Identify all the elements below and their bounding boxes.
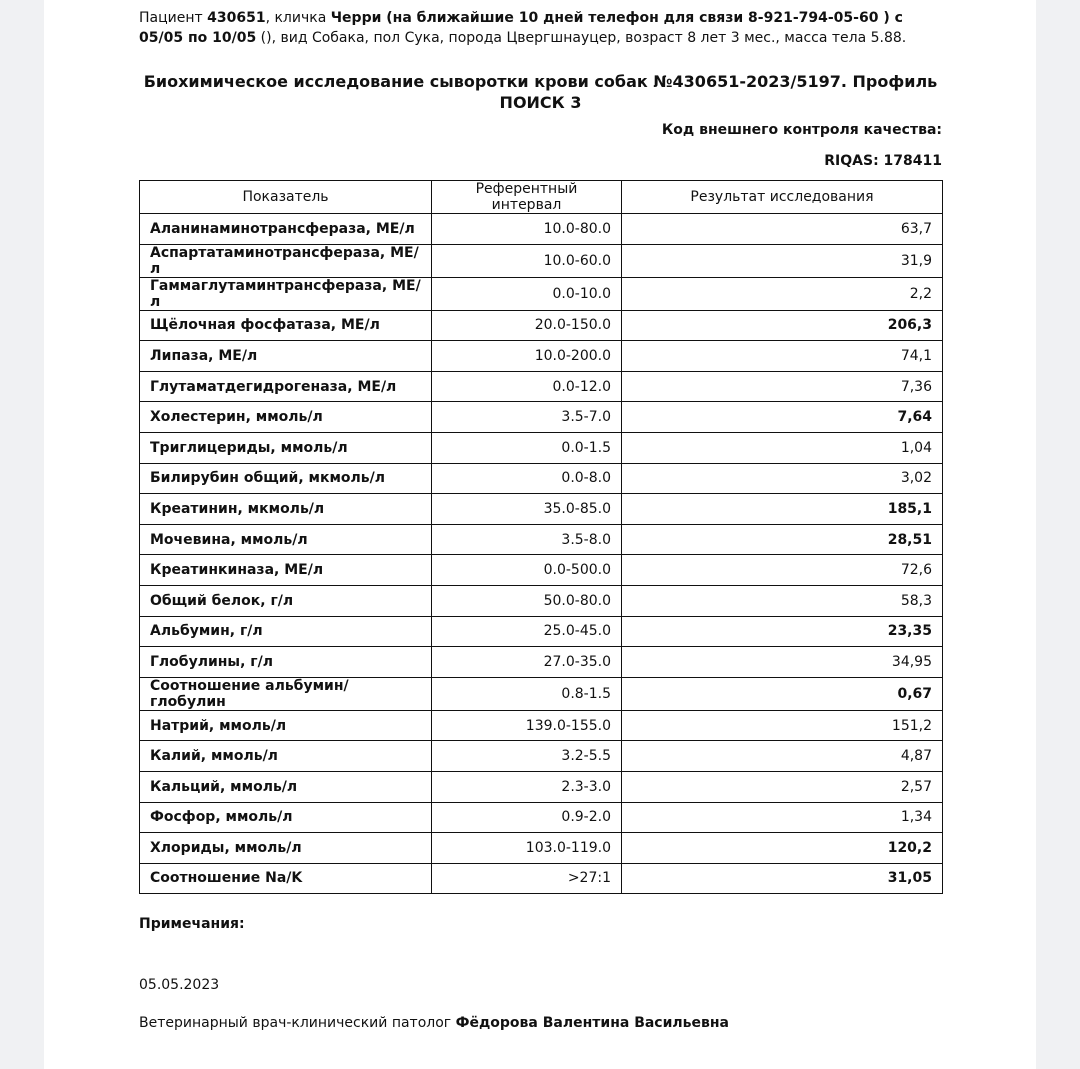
result-value: 185,1 [622,494,943,525]
result-value: 28,51 [622,524,943,555]
reference-interval: 103.0-119.0 [432,833,622,864]
table-row: Креатинкиназа, МЕ/л0.0-500.072,6 [140,555,943,586]
results-table: Показатель Референтный интервал Результа… [139,180,943,894]
report-content: Пациент 430651, кличка Черри (на ближайш… [139,8,942,1033]
reference-interval: 2.3-3.0 [432,771,622,802]
reference-interval: 25.0-45.0 [432,616,622,647]
signer-role: Ветеринарный врач-клинический патолог [139,1015,451,1031]
parameter-name: Мочевина, ммоль/л [140,524,432,555]
result-value: 7,64 [622,402,943,433]
parameter-name: Соотношение альбумин/глобулин [140,677,432,710]
quality-control-label: Код внешнего контроля качества: [139,120,942,140]
table-row: Холестерин, ммоль/л3.5-7.07,64 [140,402,943,433]
parameter-name: Аспартатаминотрансфераза, МЕ/л [140,244,432,277]
result-value: 3,02 [622,463,943,494]
parameter-name: Билирубин общий, мкмоль/л [140,463,432,494]
signer-line: Ветеринарный врач-клинический патолог Фё… [139,1013,942,1033]
table-row: Калий, ммоль/л3.2-5.54,87 [140,741,943,772]
report-date: 05.05.2023 [139,975,942,995]
result-value: 0,67 [622,677,943,710]
reference-interval: 50.0-80.0 [432,585,622,616]
parameter-name: Кальций, ммоль/л [140,771,432,802]
parameter-name: Холестерин, ммоль/л [140,402,432,433]
table-row: Аспартатаминотрансфераза, МЕ/л10.0-60.03… [140,244,943,277]
parameter-name: Щёлочная фосфатаза, МЕ/л [140,310,432,341]
table-row: Креатинин, мкмоль/л35.0-85.0185,1 [140,494,943,525]
reference-interval: >27:1 [432,863,622,894]
table-row: Аланинаминотрансфераза, МЕ/л10.0-80.063,… [140,214,943,245]
table-row: Триглицериды, ммоль/л0.0-1.51,04 [140,432,943,463]
reference-interval: 0.0-10.0 [432,277,622,310]
parameter-name: Креатинин, мкмоль/л [140,494,432,525]
header-result: Результат исследования [622,181,943,214]
reference-interval: 20.0-150.0 [432,310,622,341]
table-row: Фосфор, ммоль/л0.9-2.01,34 [140,802,943,833]
parameter-name: Аланинаминотрансфераза, МЕ/л [140,214,432,245]
reference-interval: 0.0-12.0 [432,371,622,402]
table-header-row: Показатель Референтный интервал Результа… [140,181,943,214]
result-value: 74,1 [622,341,943,372]
parameter-name: Соотношение Na/K [140,863,432,894]
result-value: 1,34 [622,802,943,833]
patient-details: (), вид Собака, пол Сука, порода Цвергшн… [256,30,906,46]
parameter-name: Натрий, ммоль/л [140,710,432,741]
report-title: Биохимическое исследование сыворотки кро… [139,71,942,113]
reference-interval: 0.0-500.0 [432,555,622,586]
table-row: Липаза, МЕ/л10.0-200.074,1 [140,341,943,372]
parameter-name: Калий, ммоль/л [140,741,432,772]
reference-interval: 0.0-8.0 [432,463,622,494]
result-value: 34,95 [622,647,943,678]
header-parameter: Показатель [140,181,432,214]
reference-interval: 139.0-155.0 [432,710,622,741]
patient-label: Пациент [139,10,203,26]
reference-interval: 10.0-200.0 [432,341,622,372]
table-row: Щёлочная фосфатаза, МЕ/л20.0-150.0206,3 [140,310,943,341]
table-row: Альбумин, г/л25.0-45.023,35 [140,616,943,647]
result-value: 2,57 [622,771,943,802]
parameter-name: Глутаматдегидрогеназа, МЕ/л [140,371,432,402]
parameter-name: Гаммаглутаминтрансфераза, МЕ/л [140,277,432,310]
result-value: 31,9 [622,244,943,277]
table-row: Мочевина, ммоль/л3.5-8.028,51 [140,524,943,555]
result-value: 151,2 [622,710,943,741]
reference-interval: 27.0-35.0 [432,647,622,678]
result-value: 63,7 [622,214,943,245]
parameter-name: Общий белок, г/л [140,585,432,616]
table-row: Глутаматдегидрогеназа, МЕ/л0.0-12.07,36 [140,371,943,402]
nickname-label: , кличка [266,10,327,26]
reference-interval: 0.8-1.5 [432,677,622,710]
reference-interval: 0.0-1.5 [432,432,622,463]
results-body: Аланинаминотрансфераза, МЕ/л10.0-80.063,… [140,214,943,894]
result-value: 72,6 [622,555,943,586]
parameter-name: Альбумин, г/л [140,616,432,647]
parameter-name: Триглицериды, ммоль/л [140,432,432,463]
result-value: 120,2 [622,833,943,864]
result-value: 7,36 [622,371,943,402]
result-value: 206,3 [622,310,943,341]
reference-interval: 3.5-7.0 [432,402,622,433]
reference-interval: 3.5-8.0 [432,524,622,555]
header-reference: Референтный интервал [432,181,622,214]
table-row: Хлориды, ммоль/л103.0-119.0120,2 [140,833,943,864]
reference-interval: 35.0-85.0 [432,494,622,525]
patient-id: 430651 [207,10,265,26]
result-value: 58,3 [622,585,943,616]
table-row: Глобулины, г/л27.0-35.034,95 [140,647,943,678]
result-value: 2,2 [622,277,943,310]
parameter-name: Креатинкиназа, МЕ/л [140,555,432,586]
reference-interval: 10.0-80.0 [432,214,622,245]
table-row: Соотношение альбумин/глобулин0.8-1.50,67 [140,677,943,710]
parameter-name: Хлориды, ммоль/л [140,833,432,864]
signer-name: Фёдорова Валентина Васильевна [456,1015,729,1031]
parameter-name: Фосфор, ммоль/л [140,802,432,833]
result-value: 4,87 [622,741,943,772]
table-row: Кальций, ммоль/л2.3-3.02,57 [140,771,943,802]
table-row: Общий белок, г/л50.0-80.058,3 [140,585,943,616]
document-page: Пациент 430651, кличка Черри (на ближайш… [44,0,1036,1069]
reference-interval: 10.0-60.0 [432,244,622,277]
patient-info: Пациент 430651, кличка Черри (на ближайш… [139,8,942,48]
result-value: 31,05 [622,863,943,894]
parameter-name: Глобулины, г/л [140,647,432,678]
table-row: Гаммаглутаминтрансфераза, МЕ/л0.0-10.02,… [140,277,943,310]
result-value: 1,04 [622,432,943,463]
reference-interval: 0.9-2.0 [432,802,622,833]
table-row: Натрий, ммоль/л139.0-155.0151,2 [140,710,943,741]
parameter-name: Липаза, МЕ/л [140,341,432,372]
notes-label: Примечания: [139,914,942,934]
quality-control-code: RIQAS: 178411 [139,151,942,171]
reference-interval: 3.2-5.5 [432,741,622,772]
table-row: Соотношение Na/K>27:131,05 [140,863,943,894]
table-row: Билирубин общий, мкмоль/л0.0-8.03,02 [140,463,943,494]
result-value: 23,35 [622,616,943,647]
